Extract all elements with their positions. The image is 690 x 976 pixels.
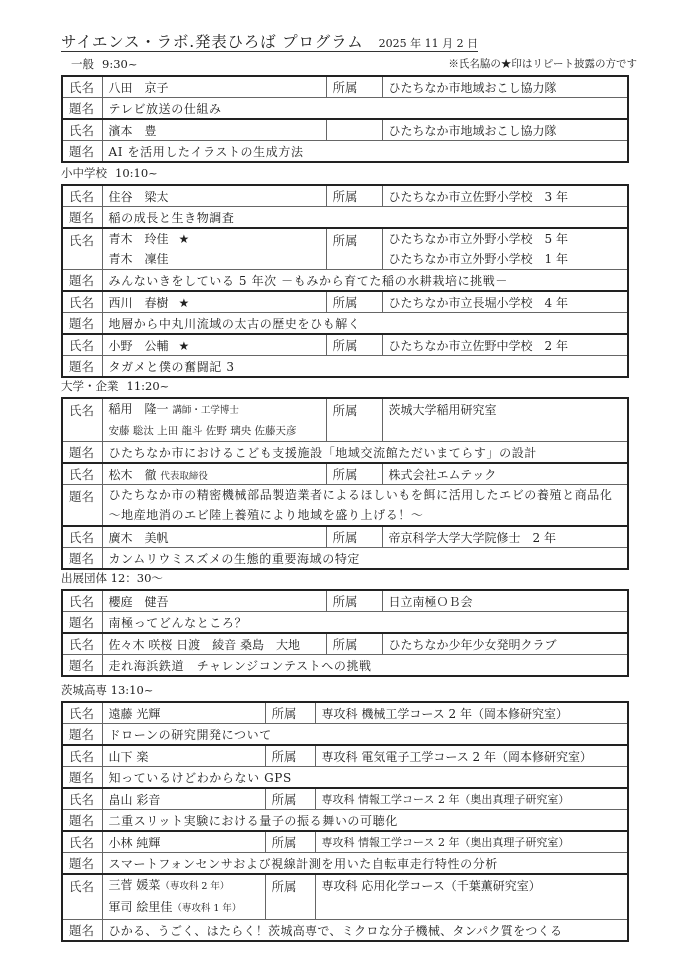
name-label: 氏名 [62,228,102,270]
presentation-title: ひたちなか市におけるこども支援施設「地域交流館ただいまてらす」の設計 [102,442,628,464]
presenter-name: 西川 春樹 [109,296,169,310]
affiliation: ひたちなか市立外野小学校 1 年 [389,249,622,269]
affiliation: 専攻科 情報工学コース 2 年（奥出真理子研究室） [315,788,628,810]
presentation-title: ひたちなか市の精密機械部品製造業者によるほしいもを餌に活用したエビの養殖と商品化… [102,485,628,527]
presentation-title: スマートフォンセンサおよび視線計測を用いた自転車走行特性の分析 [102,853,628,875]
entry-name-row: 氏名 佐々木 咲桜 日渡 綾音 桑島 大地 所属 ひたちなか少年少女発明クラブ [62,633,628,655]
affiliation: ひたちなか市立佐野中学校 2 年 [382,334,628,356]
section-time: 11:20~ [127,379,170,393]
title-label: 題名 [62,442,102,464]
entry-name-row: 氏名 畠山 彩音 所属 専攻科 情報工学コース 2 年（奥出真理子研究室） [62,788,628,810]
affiliations: ひたちなか市立外野小学校 5 年 ひたちなか市立外野小学校 1 年 [382,228,628,270]
name-label: 氏名 [62,745,102,767]
entry-name-row: 氏名 三菅 媛菜（専攻科 2 年） 軍司 絵里佳（専攻科 1 年） 所属 専攻科… [62,874,628,920]
section-table-university-industry: 氏名 稲用 隆一 講師・工学博士 安藤 聡汰 上田 龍斗 佐野 璃央 佐藤天彦 … [61,397,629,570]
affiliation: ひたちなか市立外野小学校 5 年 [389,229,622,249]
entry-title-row: 題名 ひたちなか市の精密機械部品製造業者によるほしいもを餌に活用したエビの養殖と… [62,485,628,527]
entry-title-row: 題名 スマートフォンセンサおよび視線計測を用いた自転車走行特性の分析 [62,853,628,875]
title-label: 題名 [62,98,102,120]
presenter-name: 畠山 彩音 [102,788,265,810]
affiliation: 帝京科学大学大学院修士 2 年 [382,526,628,548]
entry-title-row: 題名 タガメと僕の奮闘記 3 [62,356,628,378]
name-label: 氏名 [62,185,102,207]
presenter-year: （専攻科 1 年） [172,903,241,914]
title-label: 題名 [62,724,102,746]
entry-name-row: 氏名 稲用 隆一 講師・工学博士 安藤 聡汰 上田 龍斗 佐野 璃央 佐藤天彦 … [62,398,628,442]
presenter-name: 遠藤 光輝 [102,702,265,724]
repeat-star-icon: ★ [179,339,190,353]
name-label: 氏名 [62,76,102,98]
affiliation-label: 所属 [326,526,382,548]
entry-title-row: 題名 ドローンの研究開発について [62,724,628,746]
presentation-title: みんないきをしている 5 年次 －もみから育てた稲の水耕栽培に挑戦－ [102,270,628,292]
affiliation: 茨城大学稲用研究室 [382,398,628,442]
presenter-name: 櫻庭 健吾 [102,590,326,612]
presenter-name: 小林 純輝 [102,831,265,853]
entry-title-row: 題名 稲の成長と生き物調査 [62,207,628,229]
section-time: 10:10~ [115,166,158,180]
affiliation-label: 所属 [326,291,382,313]
presenter-name-cell: 西川 春樹★ [102,291,326,313]
entry-name-row: 氏名 八田 京子 所属 ひたちなか市地域おこし協力隊 [62,76,628,98]
section-header-kosen: 茨城高専 13:10~ [61,682,631,698]
entry-name-row: 氏名 濱本 豊 ひたちなか市地域おこし協力隊 [62,119,628,141]
affiliation-label: 所属 [326,185,382,207]
presentation-title: 南極ってどんなところ？ [102,612,628,634]
name-label: 氏名 [62,831,102,853]
section-table-general: 氏名 八田 京子 所属 ひたちなか市地域おこし協力隊 題名 テレビ放送の仕組み … [61,75,629,163]
presenter-year: （専攻科 2 年） [160,881,229,892]
section-table-schools: 氏名 住谷 梁太 所属 ひたちなか市立佐野小学校 3 年 題名 稲の成長と生き物… [61,184,629,378]
presentation-title: テレビ放送の仕組み [102,98,628,120]
entry-title-row: 題名 知っているけどわからない GPS [62,767,628,789]
entry-title-row: 題名 AI を活用したイラストの生成方法 [62,141,628,163]
title-label: 題名 [62,655,102,677]
name-label: 氏名 [62,702,102,724]
affiliation-label: 所属 [326,398,382,442]
entry-name-row: 氏名 遠藤 光輝 所属 専攻科 機械工学コース 2 年（岡本修研究室） [62,702,628,724]
affiliation-label: 所属 [265,745,315,767]
presenter-name: 佐々木 咲桜 日渡 綾音 桑島 大地 [102,633,326,655]
entry-title-row: 題名 みんないきをしている 5 年次 －もみから育てた稲の水耕栽培に挑戦－ [62,270,628,292]
presentation-subtitle: ～地産地消のエビ陸上養殖により地域を盛り上げる！～ [109,505,622,525]
section-name: 小中学校 [61,166,107,180]
affiliation-label: 所属 [326,633,382,655]
name-label: 氏名 [62,526,102,548]
repeat-star-icon: ★ [179,296,190,310]
presentation-title: 地層から中丸川流域の太古の歴史をひも解く [102,313,628,335]
section-header-general: 一般9:30~ ※氏名脇の★印はリピート披露の方です [61,56,631,72]
affiliation-label: 所属 [326,463,382,485]
affiliation: ひたちなか市地域おこし協力隊 [382,76,628,98]
title-label: 題名 [62,485,102,527]
affiliation: 日立南極ＯＢ会 [382,590,628,612]
name-label: 氏名 [62,398,102,442]
title-label: 題名 [62,548,102,570]
section-name: 出展団体 [61,571,107,585]
presentation-title: タガメと僕の奮闘記 3 [102,356,628,378]
entry-name-row: 氏名 青木 玲佳★ 青木 凜佳 所属 ひたちなか市立外野小学校 5 年 ひたちな… [62,228,628,270]
title-label: 題名 [62,207,102,229]
presenter-name: 青木 玲佳 [109,232,169,246]
presenter-name: 稲用 隆一 [109,402,169,416]
section-time: 12：30～ [111,571,163,585]
title-label: 題名 [62,141,102,163]
title-label: 題名 [62,356,102,378]
entry-title-row: 題名 二重スリット実験における量子の振る舞いの可聴化 [62,810,628,832]
presenter-name: 小野 公輔 [109,339,169,353]
section-name: 茨城高専 [61,683,107,697]
section-header-exhibitors: 出展団体 12：30～ [61,570,631,586]
repeat-star-icon: ★ [179,232,190,246]
entry-name-row: 氏名 山下 楽 所属 専攻科 電気電子工学コース 2 年（岡本修研究室） [62,745,628,767]
presentation-title: ひかる、うごく、はたらく！茨城高専で、ミクロな分子機械、タンパク質をつくる [102,920,628,942]
section-name: 一般 [71,57,94,71]
affiliation: 専攻科 機械工学コース 2 年（岡本修研究室） [315,702,628,724]
presenter-name: 軍司 絵里佳 [109,900,173,914]
affiliation: ひたちなか市立長堀小学校 4 年 [382,291,628,313]
presenter-role: 講師・工学博士 [172,405,239,416]
title-label: 題名 [62,920,102,942]
presenter-name: 松木 徹 [109,468,157,482]
presentation-title: ドローンの研究開発について [102,724,628,746]
affiliation: 専攻科 応用化学コース（千葉薫研究室） [315,874,628,920]
name-label: 氏名 [62,633,102,655]
entry-name-row: 氏名 廣木 美帆 所属 帝京科学大学大学院修士 2 年 [62,526,628,548]
affiliation: ひたちなか少年少女発明クラブ [382,633,628,655]
title-label: 題名 [62,767,102,789]
affiliation-label: 所属 [326,228,382,270]
presentation-title: 稲の成長と生き物調査 [102,207,628,229]
affiliation-label: 所属 [326,334,382,356]
affiliation-label: 所属 [326,76,382,98]
entry-name-row: 氏名 小野 公輔★ 所属 ひたちなか市立佐野中学校 2 年 [62,334,628,356]
affiliation-label [326,119,382,141]
name-label: 氏名 [62,119,102,141]
section-time: 13:10~ [111,683,154,697]
presenter-name: 八田 京子 [102,76,326,98]
presentation-title: AI を活用したイラストの生成方法 [102,141,628,163]
section-header-schools: 小中学校10:10~ [61,165,631,181]
name-label: 氏名 [62,590,102,612]
presentation-title: 走れ海浜鉄道 チャレンジコンテストへの挑戦 [102,655,628,677]
affiliation: ひたちなか市地域おこし協力隊 [382,119,628,141]
repeat-note: ※氏名脇の★印はリピート披露の方です [448,56,637,72]
affiliation-label: 所属 [265,831,315,853]
presentation-title: カンムリウミスズメの生態的重要海域の特定 [102,548,628,570]
affiliation: 専攻科 情報工学コース 2 年（奥出真理子研究室） [315,831,628,853]
entry-name-row: 氏名 櫻庭 健吾 所属 日立南極ＯＢ会 [62,590,628,612]
title-label: 題名 [62,810,102,832]
presenter-role: 代表取締役 [160,471,208,482]
name-label: 氏名 [62,291,102,313]
presenter-name: 濱本 豊 [102,119,326,141]
presenter-name: 三菅 媛菜 [109,878,161,892]
entry-name-row: 氏名 松木 徹 代表取締役 所属 株式会社エムテック [62,463,628,485]
section-table-exhibitors: 氏名 櫻庭 健吾 所属 日立南極ＯＢ会 題名 南極ってどんなところ？ 氏名 佐々… [61,589,629,677]
entry-name-row: 氏名 西川 春樹★ 所属 ひたちなか市立長堀小学校 4 年 [62,291,628,313]
page-title: サイエンス・ラボ.発表ひろば プログラム [61,33,364,51]
title-label: 題名 [62,270,102,292]
section-time: 9:30~ [102,57,137,71]
presenter-names: 稲用 隆一 講師・工学博士 安藤 聡汰 上田 龍斗 佐野 璃央 佐藤天彦 [102,398,326,442]
presenter-name: 住谷 梁太 [102,185,326,207]
event-date: 2025 年 11 月 2 日 [379,37,478,50]
co-presenters: 安藤 聡汰 上田 龍斗 佐野 璃央 佐藤天彦 [109,421,320,441]
section-name: 大学・企業 [61,379,119,393]
presenter-names: 青木 玲佳★ 青木 凜佳 [102,228,326,270]
title-label: 題名 [62,313,102,335]
affiliation-label: 所属 [265,874,315,920]
affiliation-label: 所属 [326,590,382,612]
title-label: 題名 [62,853,102,875]
presenter-name-cell: 小野 公輔★ [102,334,326,356]
presentation-title: 二重スリット実験における量子の振る舞いの可聴化 [102,810,628,832]
affiliation: 株式会社エムテック [382,463,628,485]
presenter-names: 三菅 媛菜（専攻科 2 年） 軍司 絵里佳（専攻科 1 年） [102,874,265,920]
name-label: 氏名 [62,463,102,485]
section-header-university-industry: 大学・企業11:20~ [61,378,631,394]
title-label: 題名 [62,612,102,634]
entry-title-row: 題名 ひかる、うごく、はたらく！茨城高専で、ミクロな分子機械、タンパク質をつくる [62,920,628,942]
section-table-kosen: 氏名 遠藤 光輝 所属 専攻科 機械工学コース 2 年（岡本修研究室） 題名 ド… [61,701,629,942]
entry-title-row: 題名 地層から中丸川流域の太古の歴史をひも解く [62,313,628,335]
presenter-name-cell: 松木 徹 代表取締役 [102,463,326,485]
entry-title-row: 題名 南極ってどんなところ？ [62,612,628,634]
page-title-row: サイエンス・ラボ.発表ひろば プログラム 2025 年 11 月 2 日 [61,30,478,52]
name-label: 氏名 [62,334,102,356]
name-label: 氏名 [62,874,102,920]
presenter-name: 青木 凜佳 [109,249,320,269]
affiliation: 専攻科 電気電子工学コース 2 年（岡本修研究室） [315,745,628,767]
presenter-name: 山下 楽 [102,745,265,767]
affiliation-label: 所属 [265,788,315,810]
entry-title-row: 題名 ひたちなか市におけるこども支援施設「地域交流館ただいまてらす」の設計 [62,442,628,464]
entry-title-row: 題名 走れ海浜鉄道 チャレンジコンテストへの挑戦 [62,655,628,677]
presenter-name: 廣木 美帆 [102,526,326,548]
entry-name-row: 氏名 小林 純輝 所属 専攻科 情報工学コース 2 年（奥出真理子研究室） [62,831,628,853]
presentation-title: 知っているけどわからない GPS [102,767,628,789]
affiliation: ひたちなか市立佐野小学校 3 年 [382,185,628,207]
name-label: 氏名 [62,788,102,810]
affiliation-label: 所属 [265,702,315,724]
entry-title-row: 題名 テレビ放送の仕組み [62,98,628,120]
entry-name-row: 氏名 住谷 梁太 所属 ひたちなか市立佐野小学校 3 年 [62,185,628,207]
entry-title-row: 題名 カンムリウミスズメの生態的重要海域の特定 [62,548,628,570]
presentation-title-line1: ひたちなか市の精密機械部品製造業者によるほしいもを餌に活用したエビの養殖と商品化 [109,485,622,505]
